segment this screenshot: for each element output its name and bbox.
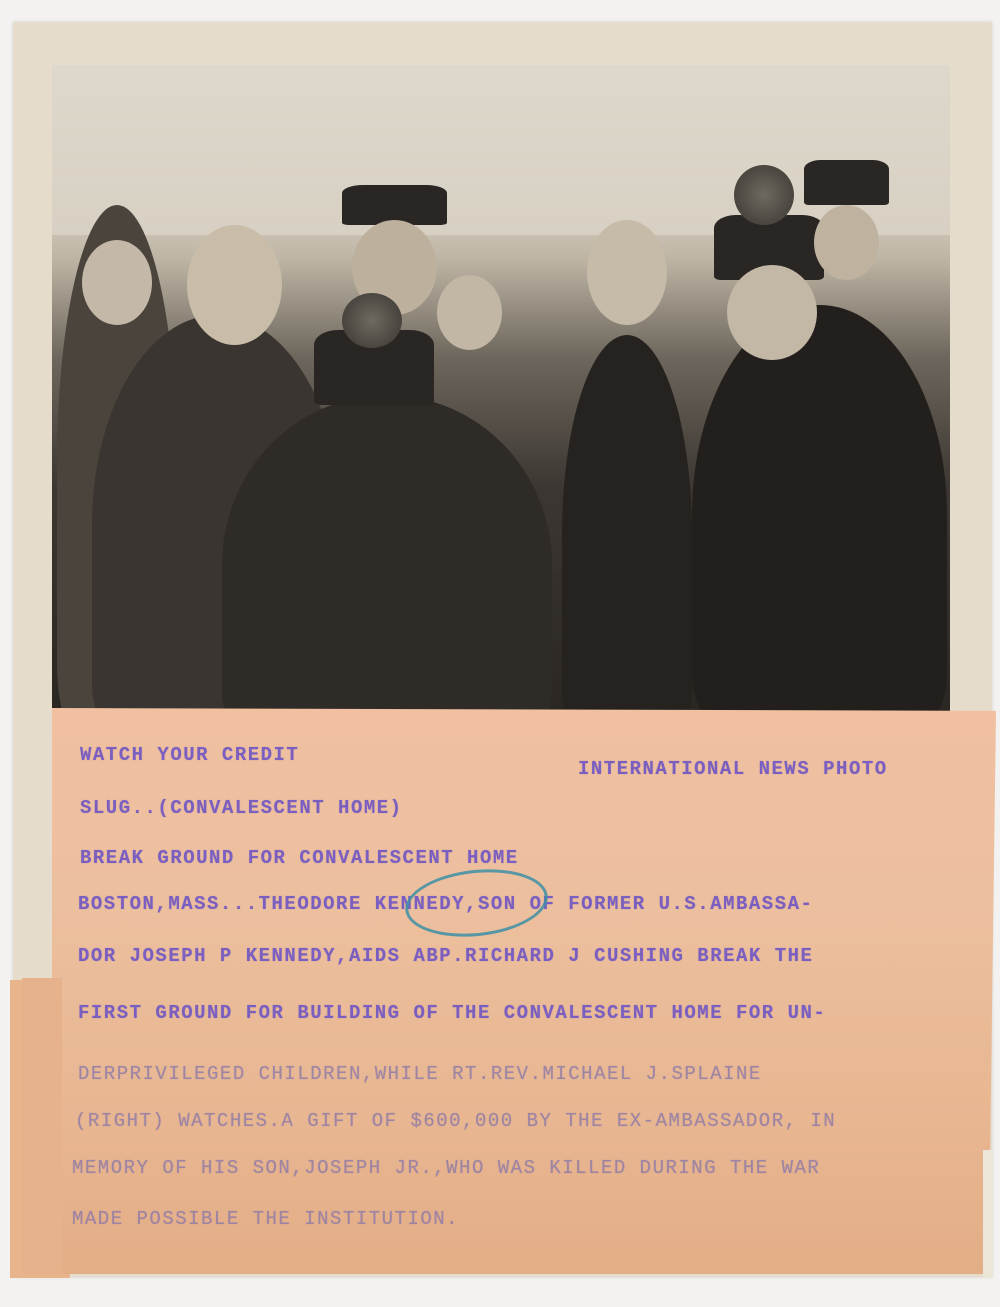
woman-hat-face xyxy=(437,275,502,350)
caption-slip-left-edge xyxy=(22,978,62,1274)
man-dark-suit-figure xyxy=(562,335,692,715)
photo-sky xyxy=(52,65,950,235)
caption-body-line-2: DOR JOSEPH P KENNEDY,AIDS ABP.RICHARD J … xyxy=(78,945,813,967)
credit-line: WATCH YOUR CREDIT xyxy=(80,744,299,766)
press-photo xyxy=(52,65,950,715)
police-cap-left xyxy=(342,185,447,225)
police-cap-right xyxy=(804,160,889,205)
priest-pompom xyxy=(734,165,794,225)
man-dark-suit-face xyxy=(587,220,667,325)
slug-line: SLUG..(CONVALESCENT HOME) xyxy=(80,797,403,819)
caption-body-line-4: DERPRIVILEGED CHILDREN,WHILE RT.REV.MICH… xyxy=(78,1063,762,1085)
caption-body-line-6: MEMORY OF HIS SON,JOSEPH JR.,WHO WAS KIL… xyxy=(72,1157,820,1179)
caption-body-line-7: MADE POSSIBLE THE INSTITUTION. xyxy=(72,1208,459,1230)
bishop-figure xyxy=(222,395,552,715)
print-right-edge xyxy=(983,1150,993,1278)
priest-face xyxy=(727,265,817,360)
woman-left-face xyxy=(82,240,152,325)
caption-slip xyxy=(52,708,996,1274)
officer-right-face xyxy=(814,205,879,280)
young-man-face xyxy=(187,225,282,345)
bishop-pompom xyxy=(342,293,402,348)
agency-name: INTERNATIONAL NEWS PHOTO xyxy=(578,758,888,780)
caption-body-line-3: FIRST GROUND FOR BUILDING OF THE CONVALE… xyxy=(78,1002,826,1024)
priest-figure xyxy=(692,305,947,715)
caption-body-line-5: (RIGHT) WATCHES.A GIFT OF $600,000 BY TH… xyxy=(75,1110,836,1132)
headline: BREAK GROUND FOR CONVALESCENT HOME xyxy=(80,847,519,869)
